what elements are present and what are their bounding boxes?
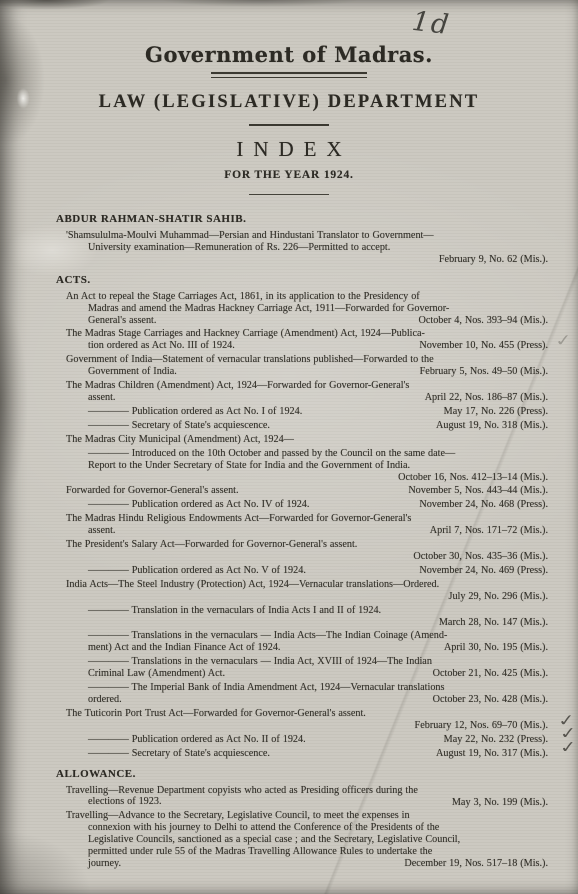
index-entry: The Tuticorin Port Trust Act—Forwarded f… <box>56 708 548 732</box>
entry-text: India Acts—The Steel Industry (Protectio… <box>66 579 439 590</box>
entry-reference: November 24, No. 469 (Press). <box>88 565 548 577</box>
entry-reference: August 19, No. 317 (Mis.).✓ <box>88 748 548 760</box>
index-entry: ———— Introduced on the 10th October and … <box>56 448 548 484</box>
entry-reference: October 23, No. 428 (Mis.). <box>88 694 548 706</box>
index-entry: ———— Translation in the vernaculars of I… <box>56 605 548 629</box>
checkmark-icon: ✓ <box>559 741 577 755</box>
entry-reference: May 22, No. 232 (Press).✓ <box>88 734 548 746</box>
index-entry: ———— Publication ordered as Act No. V of… <box>56 565 548 577</box>
entry-reference: February 12, Nos. 69–70 (Mis.).✓ <box>88 720 548 732</box>
entry-ref-text: February 9, No. 62 (Mis.). <box>439 254 548 265</box>
section-heading: ALLOWANCE. <box>56 768 548 780</box>
entry-ref-text: February 12, Nos. 69–70 (Mis.). <box>415 720 548 731</box>
subtitle-year: FOR THE YEAR 1924. <box>0 169 578 181</box>
index-entry: The Madras Children (Amendment) Act, 192… <box>56 380 548 404</box>
index-entry: ———— Secretary of State's acquiescence.A… <box>56 420 548 432</box>
entry-ref-text: April 7, Nos. 171–72 (Mis.). <box>430 525 548 536</box>
index-entry: The Madras City Municipal (Amendment) Ac… <box>56 434 548 446</box>
index-entry: An Act to repeal the Stage Carriages Act… <box>56 291 548 327</box>
entry-reference: February 5, Nos. 49–50 (Mis.). <box>88 366 548 378</box>
section-abdur-rahman: ABDUR RAHMAN-SHATIR SAHIB. 'Shamsululma-… <box>56 213 548 266</box>
entry-reference: April 22, Nos. 186–87 (Mis.). <box>88 392 548 404</box>
index-entry: Forwarded for Governor-General's assent.… <box>56 485 548 497</box>
entry-text: The Madras City Municipal (Amendment) Ac… <box>66 434 294 445</box>
government-title: Government of Madras. <box>0 42 578 67</box>
entry-ref-text: May 3, No. 199 (Mis.). <box>452 797 548 808</box>
entry-text: The President's Salary Act—Forwarded for… <box>66 539 357 550</box>
index-entry: ———— Publication ordered as Act No. I of… <box>56 406 548 418</box>
entry-ref-text: May 17, No. 226 (Press). <box>444 406 548 417</box>
entry-ref-text: October 16, Nos. 412–13–14 (Mis.). <box>398 472 548 483</box>
entry-ref-text: October 23, No. 428 (Mis.). <box>433 694 548 705</box>
section-acts: ACTS. An Act to repeal the Stage Carriag… <box>56 274 548 760</box>
entry-text: The Tuticorin Port Trust Act—Forwarded f… <box>66 708 366 719</box>
entry-text: 'Shamsululma-Moulvi Muhammad—Persian and… <box>66 230 434 253</box>
entry-reference: November 24, No. 468 (Press). <box>88 499 548 511</box>
index-entry: Government of India—Statement of vernacu… <box>56 354 548 378</box>
entry-ref-text: February 5, Nos. 49–50 (Mis.). <box>420 366 548 377</box>
index-entry: Travelling—Advance to the Secretary, Leg… <box>56 810 548 870</box>
index-content: ABDUR RAHMAN-SHATIR SAHIB. 'Shamsululma-… <box>0 195 578 870</box>
section-allowance: ALLOWANCE. Travelling—Revenue Department… <box>56 768 548 870</box>
entry-ref-text: October 30, Nos. 435–36 (Mis.). <box>413 551 548 562</box>
department-title: LAW (LEGISLATIVE) DEPARTMENT <box>0 92 578 113</box>
index-entry: ———— Translations in the vernaculars — I… <box>56 656 548 680</box>
entry-reference: May 3, No. 199 (Mis.). <box>88 797 548 809</box>
entry-reference: April 7, Nos. 171–72 (Mis.). <box>88 525 548 537</box>
entry-text: ———— Translation in the vernaculars of I… <box>88 605 381 616</box>
entry-text: ———— Introduced on the 10th October and … <box>88 448 455 471</box>
document-header: Government of Madras. LAW (LEGISLATIVE) … <box>0 0 578 195</box>
entry-ref-text: August 19, No. 318 (Mis.). <box>436 420 548 431</box>
section-heading: ACTS. <box>56 274 548 286</box>
entry-ref-text: December 19, Nos. 517–18 (Mis.). <box>404 858 548 869</box>
entry-reference: October 21, No. 425 (Mis.). <box>88 668 548 680</box>
entry-reference: May 17, No. 226 (Press). <box>88 406 548 418</box>
entry-reference: October 16, Nos. 412–13–14 (Mis.). <box>88 472 548 484</box>
entry-ref-text: April 30, No. 195 (Mis.). <box>444 642 548 653</box>
index-entry: The Madras Hindu Religious Endowments Ac… <box>56 513 548 537</box>
handwritten-corner-mark: 1d <box>410 6 452 41</box>
entry-ref-text: April 22, Nos. 186–87 (Mis.). <box>425 392 548 403</box>
entry-reference: November 10, No. 455 (Press).✓ <box>88 340 548 352</box>
entry-reference: April 30, No. 195 (Mis.). <box>88 642 548 654</box>
double-rule-divider <box>211 72 367 78</box>
index-entry: Travelling—Revenue Department copyists w… <box>56 785 548 809</box>
entry-reference: July 29, No. 296 (Mis.). <box>88 591 548 603</box>
entry-reference: October 4, Nos. 393–94 (Mis.). <box>88 315 548 327</box>
entry-ref-text: March 28, No. 147 (Mis.). <box>439 617 548 628</box>
index-entry: ———— Translations in the vernaculars — I… <box>56 630 548 654</box>
checkmark-icon: ✓ <box>571 334 573 346</box>
entry-reference: November 5, Nos. 443–44 (Mis.). <box>88 485 548 497</box>
entry-ref-text: August 19, No. 317 (Mis.). <box>436 748 548 759</box>
entry-reference: December 19, Nos. 517–18 (Mis.). <box>88 858 548 870</box>
index-entry: ———— Publication ordered as Act No. IV o… <box>56 499 548 511</box>
entry-ref-text: November 10, No. 455 (Press). <box>419 340 548 351</box>
entry-ref-text: May 22, No. 232 (Press). <box>444 734 548 745</box>
rule-divider <box>249 124 329 126</box>
entry-ref-text: November 5, Nos. 443–44 (Mis.). <box>408 485 548 496</box>
entry-ref-text: November 24, No. 469 (Press). <box>419 565 548 576</box>
index-entry: The President's Salary Act—Forwarded for… <box>56 539 548 563</box>
scanned-document-page: 1d Government of Madras. LAW (LEGISLATIV… <box>0 0 578 894</box>
entry-reference: August 19, No. 318 (Mis.). <box>88 420 548 432</box>
entry-reference: October 30, Nos. 435–36 (Mis.). <box>88 551 548 563</box>
index-entry: ———— The Imperial Bank of India Amendmen… <box>56 682 548 706</box>
index-entry: 'Shamsululma-Moulvi Muhammad—Persian and… <box>56 230 548 266</box>
index-entry: ———— Publication ordered as Act No. II o… <box>56 734 548 746</box>
entry-reference: March 28, No. 147 (Mis.). <box>88 617 548 629</box>
entry-reference: February 9, No. 62 (Mis.). <box>88 254 548 266</box>
index-entry: India Acts—The Steel Industry (Protectio… <box>56 579 548 603</box>
entry-ref-text: October 4, Nos. 393–94 (Mis.). <box>419 315 549 326</box>
index-entry: The Madras Stage Carriages and Hackney C… <box>56 328 548 352</box>
entry-ref-text: October 21, No. 425 (Mis.). <box>433 668 548 679</box>
index-entry: ———— Secretary of State's acquiescence.A… <box>56 748 548 760</box>
entry-ref-text: November 24, No. 468 (Press). <box>419 499 548 510</box>
entry-ref-text: July 29, No. 296 (Mis.). <box>448 591 548 602</box>
section-heading: ABDUR RAHMAN-SHATIR SAHIB. <box>56 213 548 225</box>
page-title: INDEX <box>0 137 578 162</box>
